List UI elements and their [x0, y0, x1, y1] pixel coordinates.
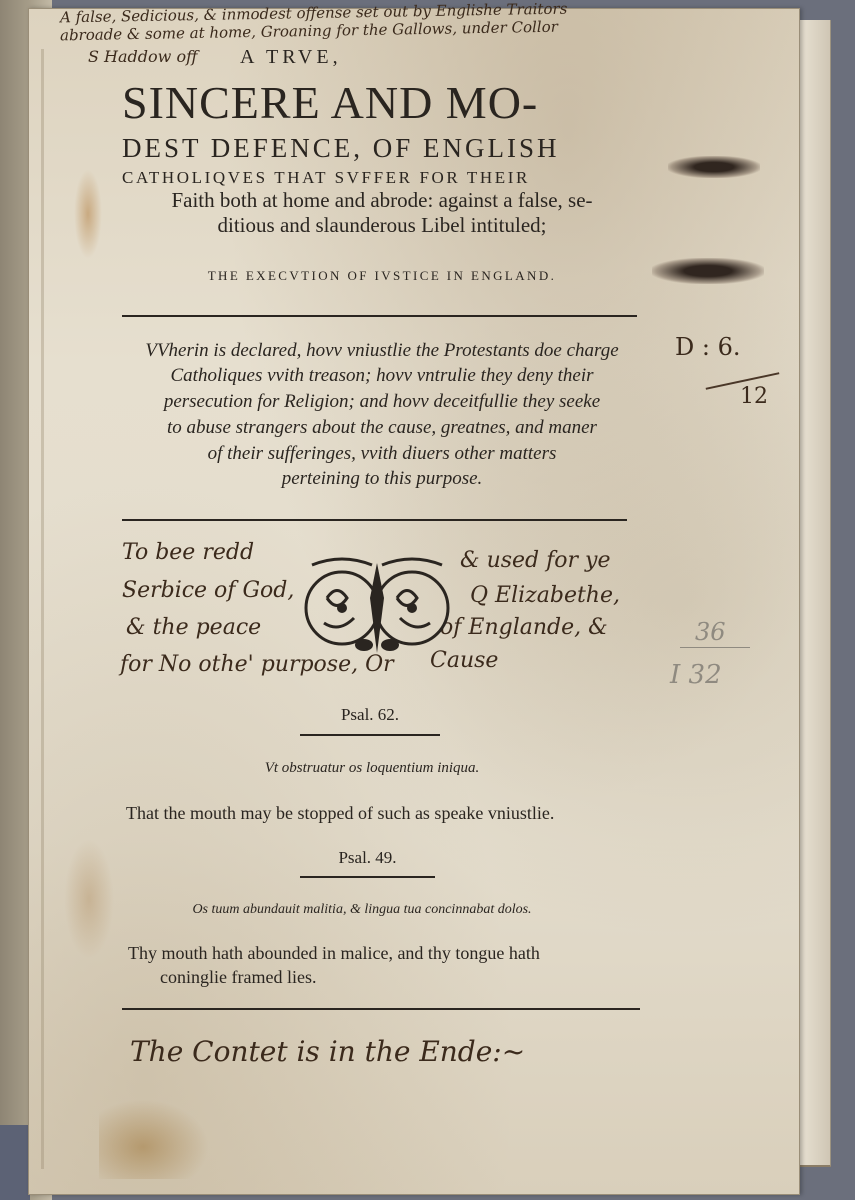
description-line: to abuse strangers about the cause, grea…	[122, 417, 642, 439]
stain	[64, 839, 114, 959]
epigraph-english: Thy mouth hath abounded in malice, and t…	[128, 943, 540, 964]
title-line-4: Faith both at home and abrode: against a…	[122, 188, 642, 213]
divider-rule	[300, 876, 435, 878]
pencil-note-bottom: I 32	[670, 660, 722, 690]
manuscript-middle-right: of Englande, &	[440, 615, 608, 640]
fleuron-ornament-icon	[302, 553, 452, 663]
epigraph-latin: Os tuum abundauit malitia, & lingua tua …	[122, 902, 602, 918]
libel-title: THE EXECVTION OF IVSTICE IN ENGLAND.	[122, 268, 642, 284]
stain	[74, 169, 102, 259]
epigraph-latin: Vt obstruatur os loquentium iniqua.	[122, 760, 622, 777]
manuscript-middle-left: To bee redd	[122, 540, 254, 565]
pencil-note-top: 36	[695, 618, 726, 646]
description-line: Catholiques vvith treason; hovv vntrulie…	[122, 365, 642, 387]
manuscript-bottom: The Contet is in the Ende:~	[130, 1035, 525, 1068]
title-line-1: SINCERE AND MO-	[122, 76, 642, 129]
divider-rule	[122, 1008, 640, 1010]
title-line-3: CATHOLIQVES THAT SVFFER FOR THEIR	[122, 168, 642, 188]
background-surface	[0, 1125, 30, 1200]
title-line-5: ditious and slaunderous Libel intituled;	[122, 213, 642, 238]
title-line-2: DEST DEFENCE, OF ENGLISH	[122, 133, 642, 164]
ink-scribble-redaction	[668, 156, 760, 178]
manuscript-middle-right: Q Elizabethe,	[470, 583, 620, 608]
description-line: VVherin is declared, hovv vniustlie the …	[122, 340, 642, 362]
divider-rule	[122, 519, 627, 521]
manuscript-middle-left: Serbice of God,	[122, 578, 294, 603]
ink-scribble-redaction	[652, 258, 764, 284]
title-a-true: A TRVE,	[240, 46, 342, 69]
manuscript-top-line-3: S Haddow off	[88, 47, 197, 66]
shelfmark-top: D : 6.	[675, 333, 740, 361]
epigraph-english: coninglie framed lies.	[160, 967, 316, 988]
epigraph-english: That the mouth may be stopped of such as…	[122, 803, 626, 824]
manuscript-middle-left: & the peace	[126, 615, 261, 640]
psalm-reference: Psal. 62.	[300, 705, 440, 725]
description-line: perteining to this purpose.	[122, 468, 642, 490]
psalm-reference: Psal. 49.	[300, 848, 435, 868]
description-line: persecution for Religion; and hovv decei…	[122, 391, 642, 413]
manuscript-middle-right: & used for ye	[460, 548, 610, 573]
divider-rule	[300, 734, 440, 736]
gutter-crease	[41, 49, 44, 1169]
shelfmark-bottom: 12	[740, 384, 768, 409]
water-stain	[99, 1099, 209, 1179]
pencil-rule	[680, 647, 750, 648]
description-line: of their sufferinges, vvith diuers other…	[122, 443, 642, 465]
divider-rule	[122, 315, 637, 317]
